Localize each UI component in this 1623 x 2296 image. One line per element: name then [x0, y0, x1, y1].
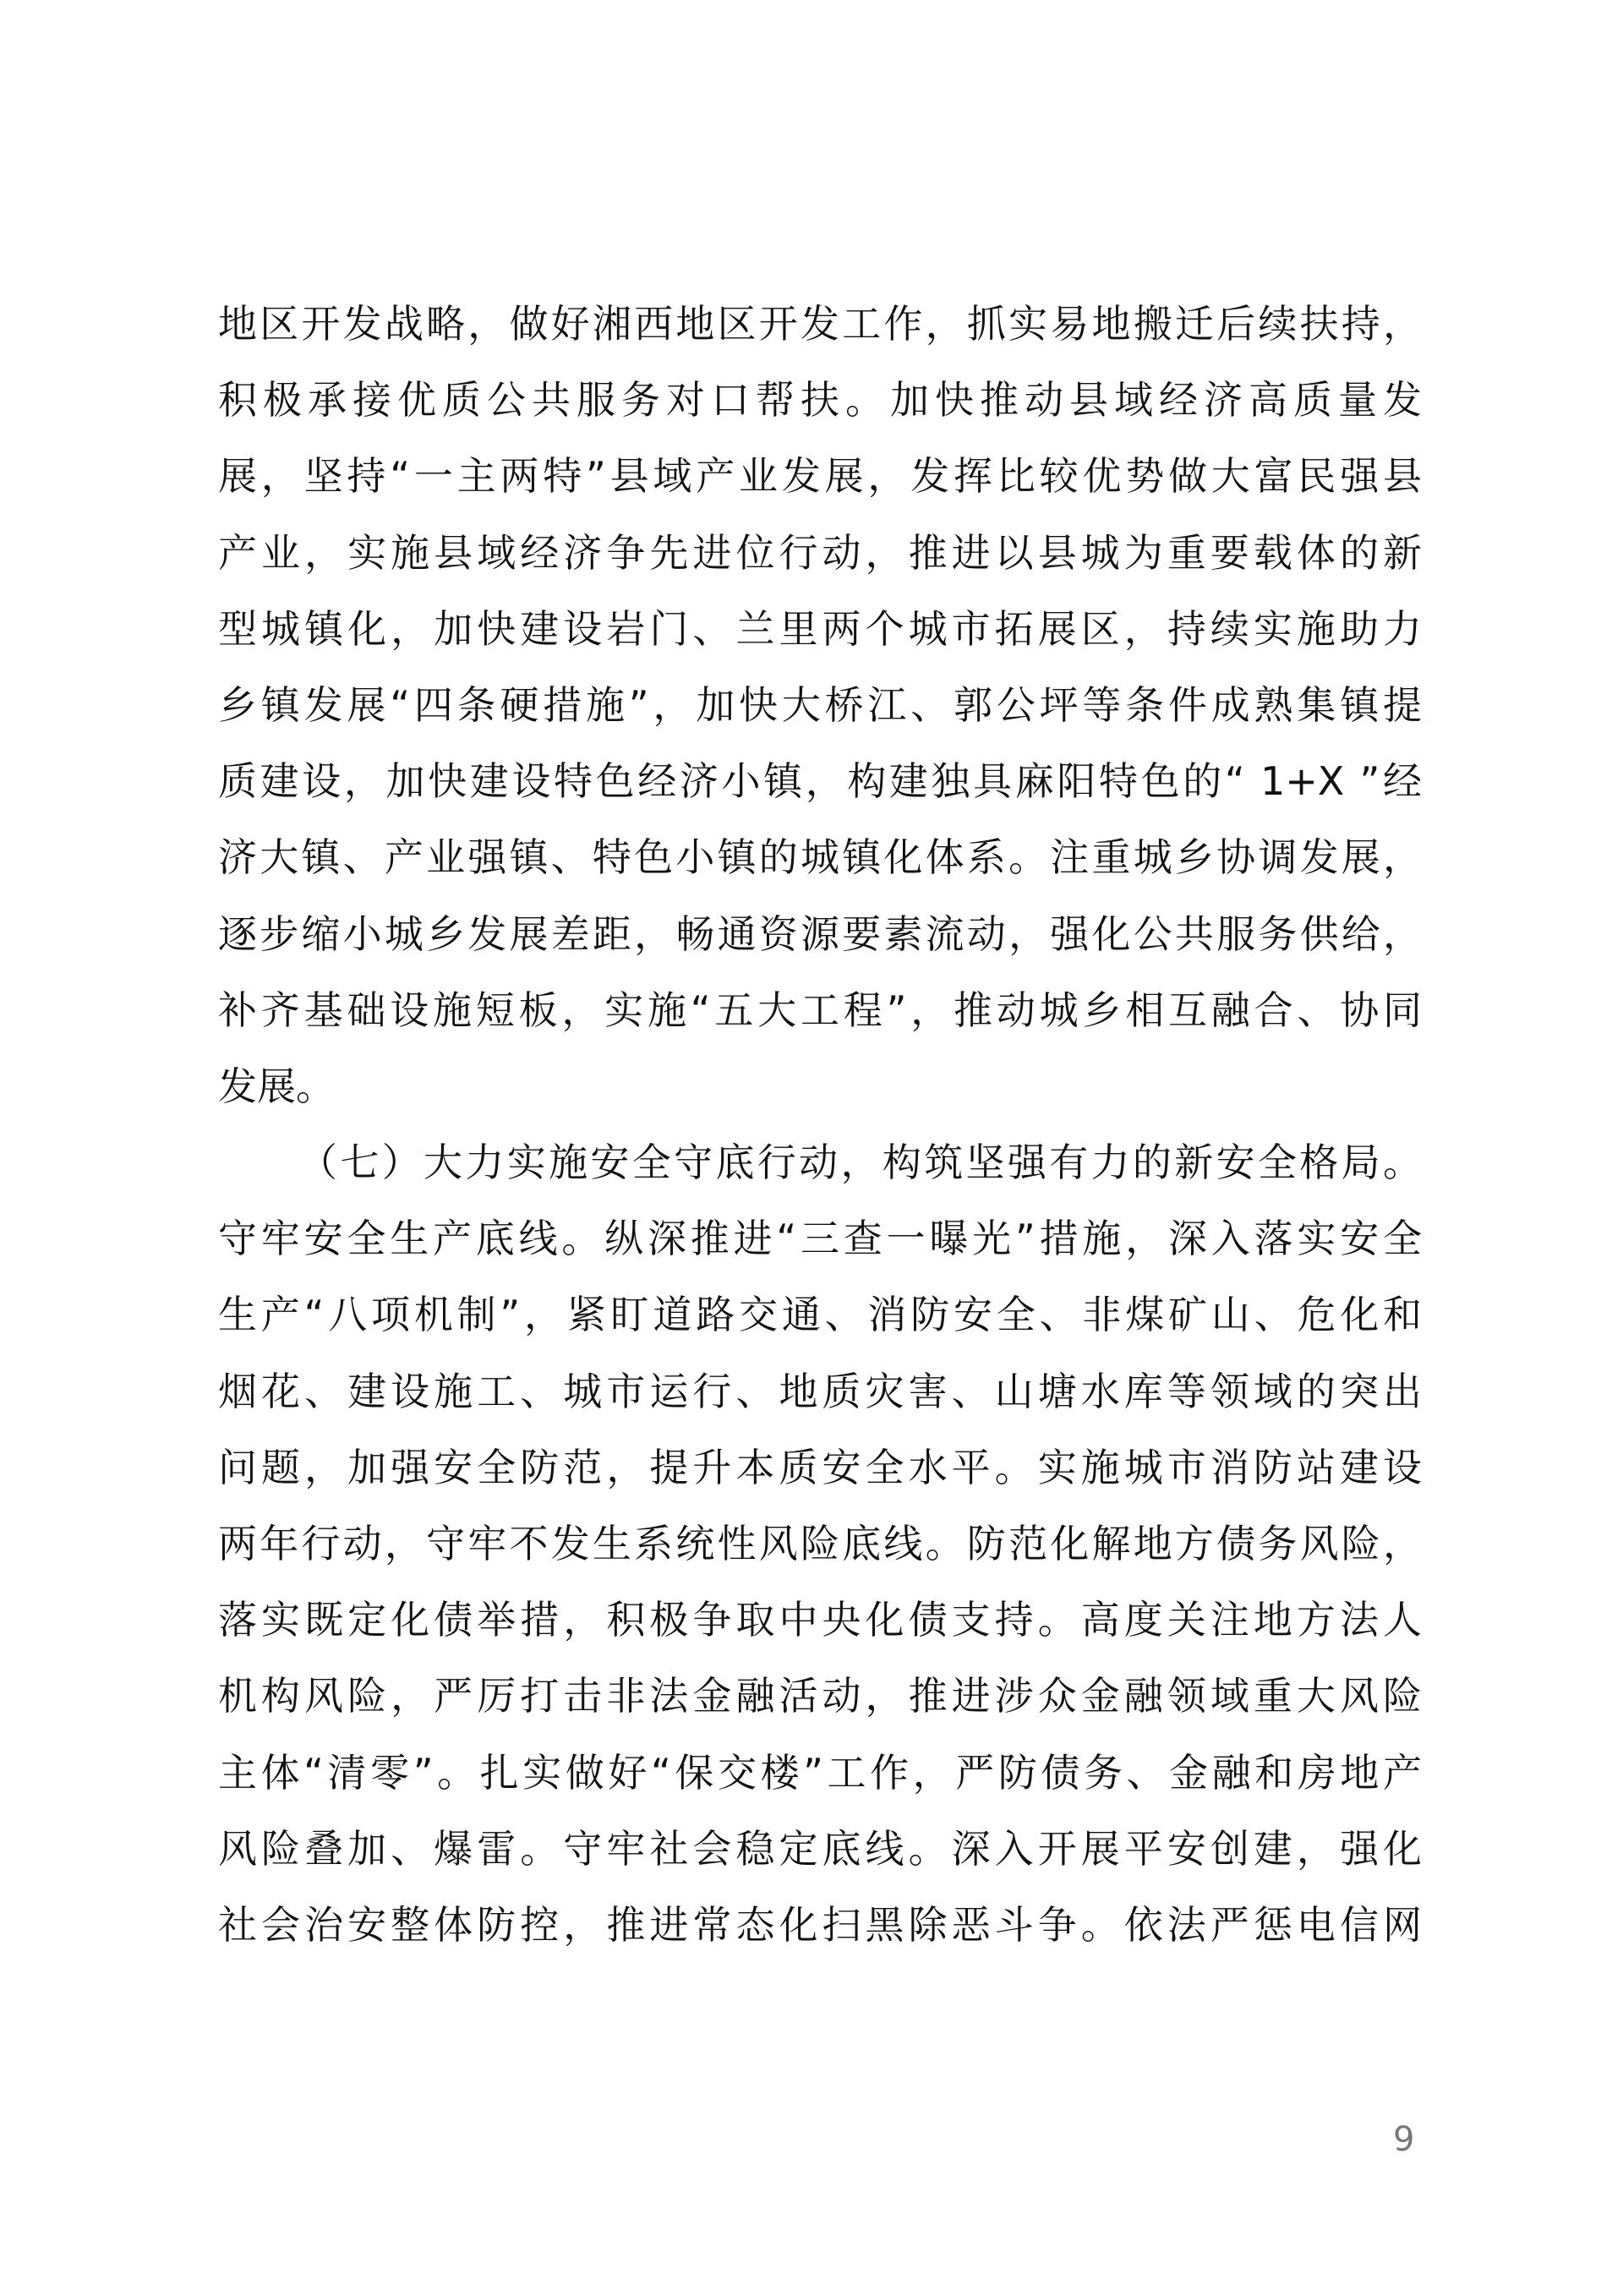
text-line: 产业，实施县域经济争先进位行动，推进以县城为重要载体的新	[218, 515, 1422, 591]
document-page: 地区开发战略，做好湘西地区开发工作，抓实易地搬迁后续扶持， 积极承接优质公共服务…	[0, 0, 1623, 2296]
text-line: 型城镇化，加快建设岩门、兰里两个城市拓展区，持续实施助力	[218, 591, 1422, 667]
text-line: 乡镇发展“四条硬措施”，加快大桥江、郭公坪等条件成熟集镇提	[218, 667, 1422, 743]
text-line: 质建设，加快建设特色经济小镇，构建独具麻阳特色的“ 1+X ”经	[218, 743, 1422, 819]
text-line: 地区开发战略，做好湘西地区开发工作，抓实易地搬迁后续扶持，	[218, 286, 1422, 362]
text-line: 社会治安整体防控，推进常态化扫黑除恶斗争。依法严惩电信网	[218, 1887, 1422, 1963]
section-heading-line: （七）大力实施安全守底行动，构筑坚强有力的新安全格局。	[218, 1124, 1422, 1200]
text-line: 补齐基础设施短板，实施“五大工程”，推动城乡相互融合、协同	[218, 972, 1422, 1048]
text-line: 展，坚持“一主两特”县域产业发展，发挥比较优势做大富民强县	[218, 438, 1422, 514]
body-text: 地区开发战略，做好湘西地区开发工作，抓实易地搬迁后续扶持， 积极承接优质公共服务…	[218, 286, 1422, 1963]
text-line: 风险叠加、爆雷。守牢社会稳定底线。深入开展平安创建，强化	[218, 1811, 1422, 1887]
text-line: 发展。	[218, 1048, 1422, 1124]
text-line: 两年行动，守牢不发生系统性风险底线。防范化解地方债务风险，	[218, 1506, 1422, 1582]
text-line: 逐步缩小城乡发展差距，畅通资源要素流动，强化公共服务供给，	[218, 896, 1422, 972]
text-line: 主体“清零”。扎实做好“保交楼”工作，严防债务、金融和房地产	[218, 1735, 1422, 1811]
text-line: 问题，加强安全防范，提升本质安全水平。实施城市消防站建设	[218, 1430, 1422, 1506]
text-line: 积极承接优质公共服务对口帮扶。加快推动县域经济高质量发	[218, 362, 1422, 438]
text-line: 济大镇、产业强镇、特色小镇的城镇化体系。注重城乡协调发展，	[218, 819, 1422, 895]
text-line: 守牢安全生产底线。纵深推进“三查一曝光”措施，深入落实安全	[218, 1200, 1422, 1276]
text-line: 烟花、建设施工、城市运行、地质灾害、山塘水库等领域的突出	[218, 1353, 1422, 1430]
text-line: 机构风险，严厉打击非法金融活动，推进涉众金融领域重大风险	[218, 1658, 1422, 1734]
text-line: 落实既定化债举措，积极争取中央化债支持。高度关注地方法人	[218, 1582, 1422, 1658]
page-number: 9	[1393, 2120, 1414, 2159]
text-line: 生产“八项机制”，紧盯道路交通、消防安全、非煤矿山、危化和	[218, 1276, 1422, 1353]
